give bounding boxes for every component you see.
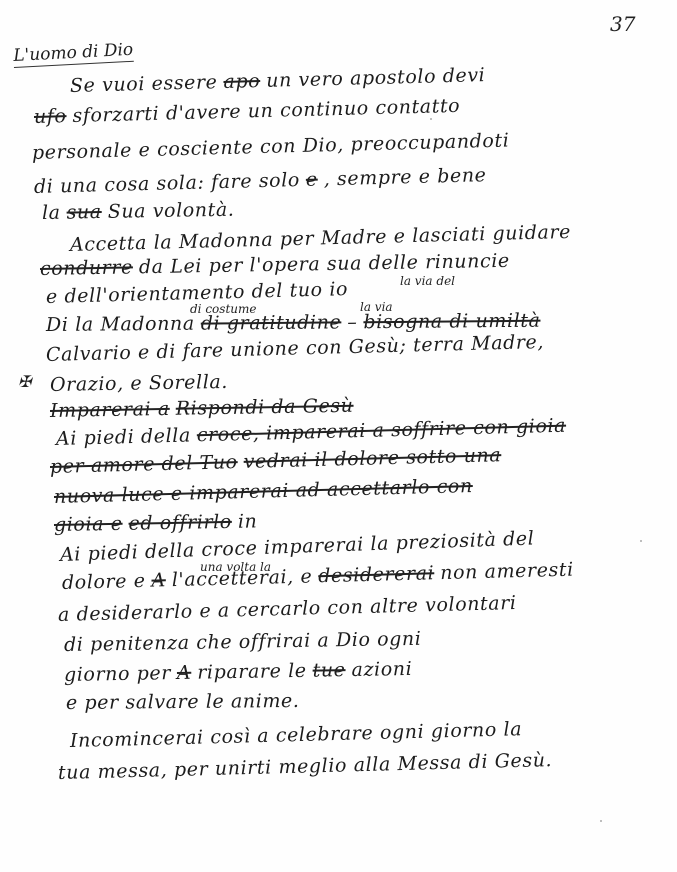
manuscript-line: ufosforzarti d'avere un continuo contatt… <box>34 95 467 128</box>
page-title: L'uomo di Dio <box>13 40 134 68</box>
struck-text: Rispondi da Gesù <box>176 395 354 420</box>
manuscript-line: lasuaSua volontà. <box>42 199 241 224</box>
manuscript-line: tua messa, per unirti meglio alla Messa … <box>58 749 559 784</box>
line-text: la <box>42 202 61 224</box>
line-text: riparare le <box>197 660 307 684</box>
struck-text: per amore del Tuo <box>50 451 238 478</box>
line-text: a desiderarlo e a cercarlo con altre vol… <box>58 592 517 626</box>
manuscript-line: a desiderarlo e a cercarlo con altre vol… <box>58 592 523 626</box>
line-text: Calvario e di fare unione con Gesù; terr… <box>46 331 545 366</box>
margin-cross-icon: ✠ <box>18 372 31 391</box>
manuscript-line: Se vuoi essereapoun vero apostolo devi <box>70 64 492 97</box>
manuscript-line: Orazio, e Sorella. <box>50 371 234 396</box>
line-text: Se vuoi essere <box>70 71 218 97</box>
line-text: dolore e <box>62 570 146 594</box>
interlinear-insertion: di costume <box>190 302 256 316</box>
struck-text: apo <box>223 70 260 93</box>
manuscript-line: per amore del Tuovedrai il dolore sotto … <box>50 444 508 478</box>
line-text: Sua volontà. <box>108 199 235 223</box>
manuscript-line: gioia eed offrirloin <box>54 510 264 536</box>
paper-speck <box>600 820 602 822</box>
line-text: di una cosa sola: fare solo <box>34 169 300 198</box>
struck-text: gioia e <box>54 513 123 536</box>
line-text: Incomincerai così a celebrare ogni giorn… <box>70 718 523 752</box>
struck-text: nuova luce e imparerai ad accettarlo con <box>54 475 473 508</box>
manuscript-line: di una cosa sola: fare soloe, sempre e b… <box>34 164 493 198</box>
struck-text: sua <box>66 201 102 224</box>
line-text: tua messa, per unirti meglio alla Messa … <box>58 749 553 784</box>
struck-text: ed offrirlo <box>128 511 232 535</box>
paper-speck <box>430 118 432 120</box>
paper-speck <box>640 540 642 542</box>
struck-text: vedrai il dolore sotto una <box>243 444 501 473</box>
line-text: Orazio, e Sorella. <box>50 371 228 396</box>
line-text: azioni <box>351 658 412 681</box>
line-text: , sempre e bene <box>323 164 486 190</box>
line-text: in <box>238 510 258 532</box>
struck-text: A <box>177 662 192 684</box>
interlinear-insertion: una volta la <box>200 560 271 574</box>
line-text: Ai piedi della <box>56 424 191 450</box>
manuscript-line: e per salvare le anime. <box>66 690 306 714</box>
line-text: non ameresti <box>440 559 574 584</box>
manuscript-line: nuova luce e imparerai ad accettarlo con <box>54 475 479 508</box>
struck-text: ufo <box>34 105 67 128</box>
struck-text: croce, imparerai a soffrire con gioia <box>197 415 567 447</box>
manuscript-page: 37 L'uomo di Dio Se vuoi essereapoun ver… <box>0 0 677 872</box>
line-text: di penitenza che offrirai a Dio ogni <box>64 628 422 656</box>
line-text: e per salvare le anime. <box>66 690 300 714</box>
line-text: sforzarti d'avere un continuo contatto <box>72 95 460 127</box>
interlinear-insertion: la via del <box>400 274 455 288</box>
page-number: 37 <box>610 12 635 36</box>
struck-text: e <box>306 169 318 191</box>
struck-text: Imparerai a <box>50 398 170 422</box>
manuscript-line: dolore eAl'accetterai, edesidererainon a… <box>62 558 580 594</box>
struck-text: tue <box>312 659 345 682</box>
struck-text: A <box>151 569 166 591</box>
manuscript-line: giorno perAriparare letueazioni <box>64 658 419 686</box>
line-text: personale e cosciente con Dio, preoccupa… <box>32 130 510 164</box>
line-text: giorno per <box>64 662 171 686</box>
manuscript-line: Calvario e di fare unione con Gesù; terr… <box>46 331 551 366</box>
struck-text: desidererai <box>318 562 435 587</box>
line-text: – <box>347 311 357 333</box>
interlinear-insertion: la via <box>360 300 393 314</box>
line-text: Di la Madonna <box>46 313 195 336</box>
manuscript-line: di penitenza che offrirai a Dio ogni <box>64 628 428 656</box>
manuscript-line: Incomincerai così a celebrare ogni giorn… <box>70 718 529 752</box>
manuscript-line: Imparerai aRispondi da Gesù <box>50 395 360 422</box>
manuscript-line: personale e cosciente con Dio, preoccupa… <box>32 129 516 164</box>
struck-text: condurre <box>40 256 133 280</box>
line-text: un vero apostolo devi <box>266 64 486 92</box>
